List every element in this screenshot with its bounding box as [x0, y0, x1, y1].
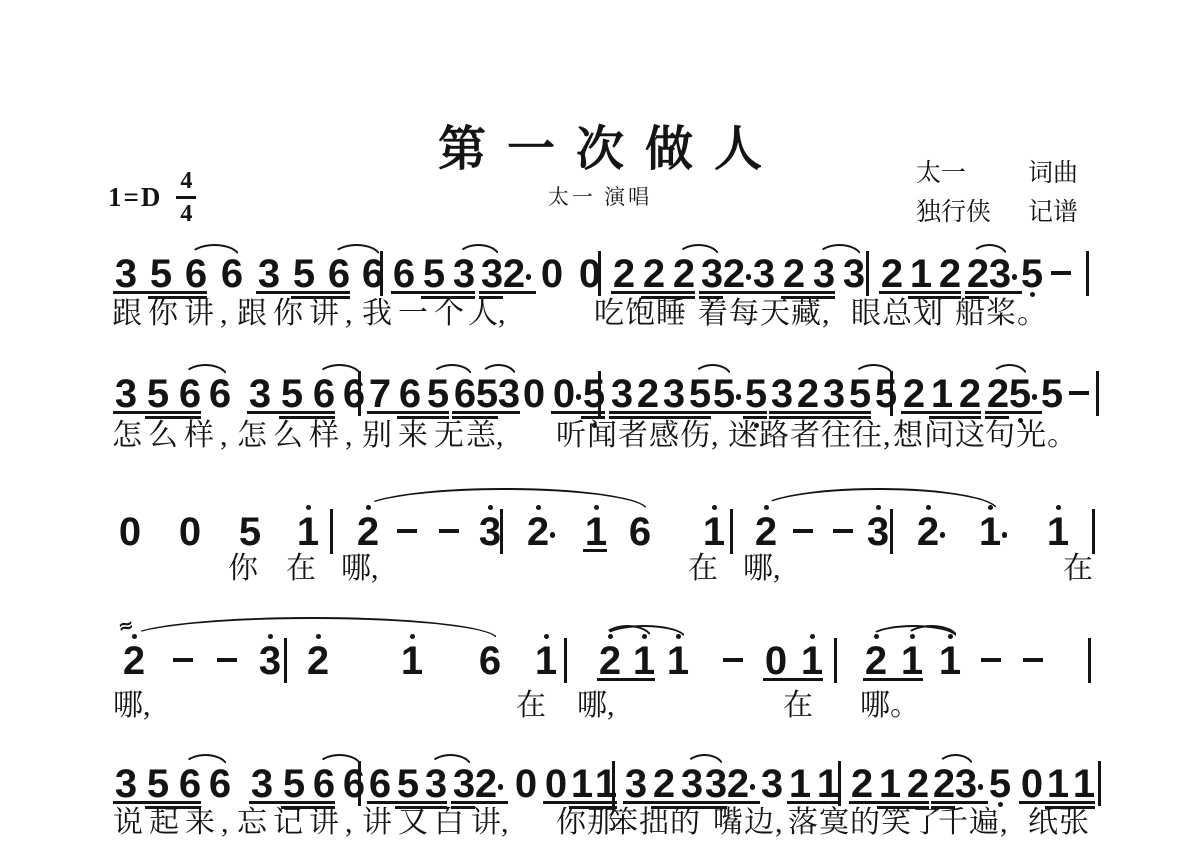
slur-arc	[693, 364, 732, 377]
note-digit: 1	[534, 641, 558, 681]
beam-underline	[787, 801, 839, 804]
beam-underline	[247, 411, 335, 414]
beam-underline	[763, 678, 823, 681]
beam-underline	[751, 291, 835, 294]
slur-arc	[937, 754, 974, 767]
slur-arc	[759, 488, 998, 510]
lyric-phrase: 纸张	[1028, 806, 1090, 840]
slur-arc	[817, 244, 862, 257]
barline	[1096, 371, 1099, 416]
lyric-phrase: 怎么样,	[112, 419, 234, 453]
beam-underline	[249, 801, 335, 804]
note-digit: 6	[220, 254, 244, 294]
lyric-phrase: 落寞的笑了	[788, 806, 943, 840]
beam-underline	[583, 549, 607, 552]
note-digit: 6	[398, 374, 422, 414]
note-digit: 2	[722, 254, 746, 294]
note-digit: 3	[114, 764, 138, 804]
octave-dot-above	[712, 505, 717, 510]
slur-arc	[361, 488, 648, 510]
beam-underline	[849, 801, 929, 804]
note-digit: 1	[1046, 764, 1070, 804]
lyric-phrase: 着每天藏,	[698, 297, 831, 331]
duration-dash	[173, 658, 193, 662]
note-digit: 2	[122, 641, 146, 681]
note-digit: 5	[149, 254, 173, 294]
note-digit: 1	[900, 641, 924, 681]
transcriber-role: 记谱	[1028, 194, 1078, 232]
sheet-music-page: 第一次做人 太一 演唱 1=D 4 4 太一 词曲 独行侠 记谱 3566356…	[0, 0, 1200, 850]
augmentation-dot	[576, 394, 582, 400]
note-digit: 2	[966, 254, 990, 294]
lyric-phrase: 句光。	[985, 419, 1078, 453]
note-digit: 3	[866, 512, 890, 552]
barline	[838, 761, 841, 806]
beam-underline	[367, 411, 449, 414]
barline	[730, 509, 733, 554]
duration-dash	[793, 529, 813, 533]
transcriber-name: 独行侠	[916, 194, 991, 232]
note-digit: 3	[248, 374, 272, 414]
note-digit: 5	[146, 374, 170, 414]
time-signature-denominator: 4	[180, 199, 192, 226]
barline	[598, 251, 601, 296]
note-digit: 5	[1020, 254, 1044, 294]
note-digit: 1	[666, 641, 690, 681]
key-signature: 1=D	[108, 182, 162, 213]
note-digit: 2	[652, 764, 676, 804]
note-digit: 0	[764, 641, 788, 681]
note-digit: 1	[788, 764, 812, 804]
slur-arc	[677, 244, 720, 257]
note-digit: 2	[782, 254, 806, 294]
lyric-phrase: 讲,	[471, 806, 509, 840]
duration-dash	[1069, 391, 1089, 395]
time-signature: 4 4	[176, 168, 196, 226]
note-digit: 6	[312, 374, 336, 414]
augmentation-dot	[1002, 532, 1008, 538]
note-digit: 2	[356, 512, 380, 552]
note-digit: 2	[502, 254, 526, 294]
note-digit: 3	[424, 764, 448, 804]
composer-name: 太一	[916, 155, 966, 193]
lyric-phrase: 恙,	[466, 419, 504, 453]
lyric-phrase: 哪,	[743, 552, 781, 586]
lyric-phrase: 吃饱睡	[594, 297, 687, 331]
note-digit: 3	[662, 374, 686, 414]
note-digit: 1	[909, 254, 933, 294]
note-digit: 1	[978, 512, 1002, 552]
augmentation-dot	[1012, 274, 1018, 280]
lyric-phrase: 在	[688, 552, 718, 586]
barline	[358, 371, 361, 416]
beam-underline	[609, 411, 711, 414]
note-digit: 1	[296, 512, 320, 552]
note-digit: 2	[916, 512, 940, 552]
note-digit: 6	[178, 764, 202, 804]
lyric-phrase: 跟你讲,	[237, 297, 359, 331]
composer-role: 词曲	[1028, 155, 1078, 193]
note-digit: 6	[342, 374, 366, 414]
slur-arc	[183, 364, 228, 377]
note-digit: 5	[712, 374, 736, 414]
note-digit: 6	[312, 764, 336, 804]
duration-dash	[1023, 658, 1043, 662]
lyric-phrase: 你	[228, 552, 258, 586]
note-digit: 5	[1040, 374, 1064, 414]
note-digit: 2	[932, 764, 956, 804]
barline	[890, 509, 893, 554]
slur-arc	[127, 617, 498, 639]
barline	[330, 509, 333, 554]
note-digit: 1	[878, 764, 902, 804]
transcriber-credit: 独行侠 记谱	[916, 194, 1078, 232]
barline	[358, 761, 361, 806]
beam-underline	[769, 411, 871, 414]
slur-arc	[317, 364, 362, 377]
note-digit: 3	[842, 254, 866, 294]
barline	[1092, 509, 1095, 554]
augmentation-dot	[746, 274, 752, 280]
note-digit: 5	[582, 374, 606, 414]
augmentation-dot	[750, 784, 756, 790]
credits: 太一 词曲 独行侠 记谱	[916, 155, 1078, 232]
note-digit: 2	[672, 254, 696, 294]
slur-arc	[183, 754, 228, 767]
note-digit: 2	[754, 512, 778, 552]
note-digit: 5	[280, 374, 304, 414]
note-digit: 6	[327, 254, 351, 294]
lyric-phrase: 哪,	[113, 689, 151, 723]
augmentation-dot	[550, 532, 556, 538]
note-digit: 3	[452, 764, 476, 804]
lyric-phrase: 忘记讲,	[237, 806, 359, 840]
lyric-phrase: 在	[516, 689, 546, 723]
lyric-phrase: 眼总划	[851, 297, 944, 331]
note-digit: 5	[396, 764, 420, 804]
time-signature-numerator: 4	[176, 168, 196, 199]
slur-arc	[685, 754, 724, 767]
duration-dash	[723, 658, 743, 662]
note-digit: 2	[986, 374, 1010, 414]
beam-underline	[367, 801, 447, 804]
barline	[1086, 251, 1089, 296]
note-digit: 5	[744, 374, 768, 414]
note-digit: 5	[146, 764, 170, 804]
lyric-phrase: 船桨。	[955, 297, 1048, 331]
note-digit: 5	[282, 764, 306, 804]
beam-underline	[479, 291, 536, 294]
note-digit: 0	[514, 764, 538, 804]
note-digit: 1	[632, 641, 656, 681]
note-digit: 3	[114, 254, 138, 294]
note-digit: 3	[497, 374, 521, 414]
note-digit: 3	[760, 764, 784, 804]
beam-underline	[711, 411, 767, 414]
note-digit: 2	[526, 512, 550, 552]
note-digit: 2	[850, 764, 874, 804]
slur-arc	[991, 364, 1028, 377]
note-digit: 0	[522, 374, 546, 414]
slur-arc	[431, 364, 473, 377]
note-digit: 2	[864, 641, 888, 681]
note-digit: 2	[880, 254, 904, 294]
note-digit: 1	[702, 512, 726, 552]
octave-dot-above	[810, 634, 815, 639]
note-digit: 5	[1008, 374, 1032, 414]
lyric-phrase: 千遍,	[938, 806, 1009, 840]
note-digit: 0	[540, 254, 564, 294]
barline	[612, 761, 615, 806]
note-digit: 7	[368, 374, 392, 414]
lyric-phrase: 迷路者往往,	[728, 419, 892, 453]
barline	[284, 638, 287, 683]
barline	[598, 371, 601, 416]
note-digit: 2	[906, 764, 930, 804]
beam-underline	[113, 291, 207, 294]
note-digit: 2	[726, 764, 750, 804]
note-digit: 1	[816, 764, 840, 804]
note-digit: 0	[1020, 764, 1044, 804]
note-digit: 2	[474, 764, 498, 804]
note-digit: 5	[238, 512, 262, 552]
note-digit: 2	[796, 374, 820, 414]
note-digit: 3	[988, 254, 1012, 294]
beam-underline	[451, 801, 508, 804]
note-digit: 6	[208, 374, 232, 414]
beam-underline	[452, 411, 520, 414]
note-digit: 6	[368, 764, 392, 804]
note-digit: 0	[118, 512, 142, 552]
augmentation-dot	[978, 784, 984, 790]
note-digit: 3	[478, 512, 502, 552]
note-digit: 3	[624, 764, 648, 804]
lyric-phrase: 人,	[468, 297, 506, 331]
note-digit: 3	[704, 764, 728, 804]
augmentation-dot	[1032, 394, 1038, 400]
note-digit: 5	[292, 254, 316, 294]
note-digit: 5	[848, 374, 872, 414]
beam-underline	[113, 411, 201, 414]
barline	[500, 509, 503, 554]
note-digit: 1	[584, 512, 608, 552]
slur-arc	[457, 244, 500, 257]
note-digit: 5	[426, 374, 450, 414]
note-digit: 3	[452, 254, 476, 294]
note-digit: 5	[688, 374, 712, 414]
beam-underline	[256, 291, 350, 294]
note-digit: 6	[208, 764, 232, 804]
note-digit: 3	[480, 254, 504, 294]
lyric-phrase: 嘴边,	[713, 806, 784, 840]
note-digit: 3	[812, 254, 836, 294]
beam-underline	[623, 801, 703, 804]
beam-underline	[931, 801, 988, 804]
barline	[866, 251, 869, 296]
slur-arc	[853, 364, 894, 377]
note-digit: 3	[954, 764, 978, 804]
lyric-phrase: 跟你讲,	[112, 297, 234, 331]
lyric-phrase: 在	[286, 552, 316, 586]
note-digit: 6	[184, 254, 208, 294]
note-digit: 1	[1072, 764, 1096, 804]
lyric-phrase: 哪,	[341, 552, 379, 586]
augmentation-dot	[940, 532, 946, 538]
lyric-phrase: 我一个	[362, 297, 470, 331]
slur-arc	[189, 244, 240, 257]
note-digit: 1	[400, 641, 424, 681]
note-digit: 3	[770, 374, 794, 414]
note-digit: 3	[700, 254, 724, 294]
note-digit: 1	[800, 641, 824, 681]
duration-dash	[439, 529, 459, 533]
duration-dash	[397, 529, 417, 533]
note-digit: 2	[642, 254, 666, 294]
note-digit: 3	[114, 374, 138, 414]
lyric-phrase: 哪,	[577, 689, 615, 723]
slur-arc	[317, 754, 362, 767]
slur-arc	[480, 364, 517, 377]
note-digit: 3	[258, 641, 282, 681]
lyric-phrase: 别来无	[362, 419, 470, 453]
lyric-phrase: 在	[1063, 552, 1093, 586]
beam-underline	[391, 291, 475, 294]
octave-dot-above	[306, 505, 311, 510]
key-and-time-signature: 1=D 4 4	[108, 168, 196, 226]
slur-arc	[429, 754, 472, 767]
note-digit: 2	[636, 374, 660, 414]
lyric-phrase: 讲又白	[362, 806, 470, 840]
note-digit: 5	[988, 764, 1012, 804]
note-digit: 1	[938, 641, 962, 681]
barline	[890, 371, 893, 416]
note-digit: 0	[544, 764, 568, 804]
note-digit: 0	[552, 374, 576, 414]
lyric-phrase: 说起来,	[113, 806, 235, 840]
beam-underline	[551, 411, 605, 414]
duration-dash	[833, 529, 853, 533]
note-digit: 3	[680, 764, 704, 804]
beam-underline	[543, 801, 617, 804]
note-digit: 5	[422, 254, 446, 294]
octave-dot-above	[1056, 505, 1061, 510]
note-digit: 2	[306, 641, 330, 681]
slur-arc	[332, 244, 381, 257]
note-digit: 6	[178, 374, 202, 414]
octave-dot-above	[544, 634, 549, 639]
note-digit: 5	[874, 374, 898, 414]
note-digit: 3	[822, 374, 846, 414]
duration-dash	[981, 658, 1001, 662]
note-digit: 2	[938, 254, 962, 294]
note-digit: 1	[1046, 512, 1070, 552]
augmentation-dot	[498, 784, 504, 790]
note-digit: 2	[958, 374, 982, 414]
note-digit: 2	[902, 374, 926, 414]
beam-underline	[597, 678, 655, 681]
note-digit: 6	[453, 374, 477, 414]
augmentation-dot	[526, 274, 532, 280]
lyric-phrase: 想问这	[893, 419, 986, 453]
note-digit: 3	[257, 254, 281, 294]
beam-underline	[879, 291, 961, 294]
beam-underline	[1019, 801, 1095, 804]
beam-underline	[863, 678, 923, 681]
barline	[380, 251, 383, 296]
beam-underline	[699, 291, 756, 294]
slur-arc	[971, 244, 1008, 257]
note-digit: 1	[570, 764, 594, 804]
note-digit: 3	[610, 374, 634, 414]
note-digit: 6	[392, 254, 416, 294]
lyric-phrase: 在	[783, 689, 813, 723]
duration-dash	[1051, 271, 1071, 275]
beam-underline	[985, 411, 1042, 414]
lyric-phrase: 怎么样,	[237, 419, 359, 453]
barline	[1088, 638, 1091, 683]
lyric-phrase: 笨拙的	[608, 806, 701, 840]
lyric-phrase: 哪。	[860, 689, 920, 723]
note-digit: 6	[628, 512, 652, 552]
barline	[564, 638, 567, 683]
augmentation-dot	[736, 394, 742, 400]
beam-underline	[703, 801, 760, 804]
beam-underline	[611, 291, 695, 294]
note-digit: 3	[752, 254, 776, 294]
beam-underline	[901, 411, 981, 414]
note-digit: 2	[598, 641, 622, 681]
barline	[834, 638, 837, 683]
note-digit: 6	[478, 641, 502, 681]
beam-underline	[113, 801, 201, 804]
duration-dash	[217, 658, 237, 662]
note-digit: 0	[178, 512, 202, 552]
composer-credit: 太一 词曲	[916, 155, 1078, 193]
lyric-phrase: 听闻者感伤,	[556, 419, 720, 453]
barline	[1098, 761, 1101, 806]
note-digit: 5	[475, 374, 499, 414]
note-digit: 3	[250, 764, 274, 804]
note-digit: 2	[612, 254, 636, 294]
note-digit: 6	[342, 764, 366, 804]
beam-underline	[965, 291, 1022, 294]
note-digit: 1	[930, 374, 954, 414]
